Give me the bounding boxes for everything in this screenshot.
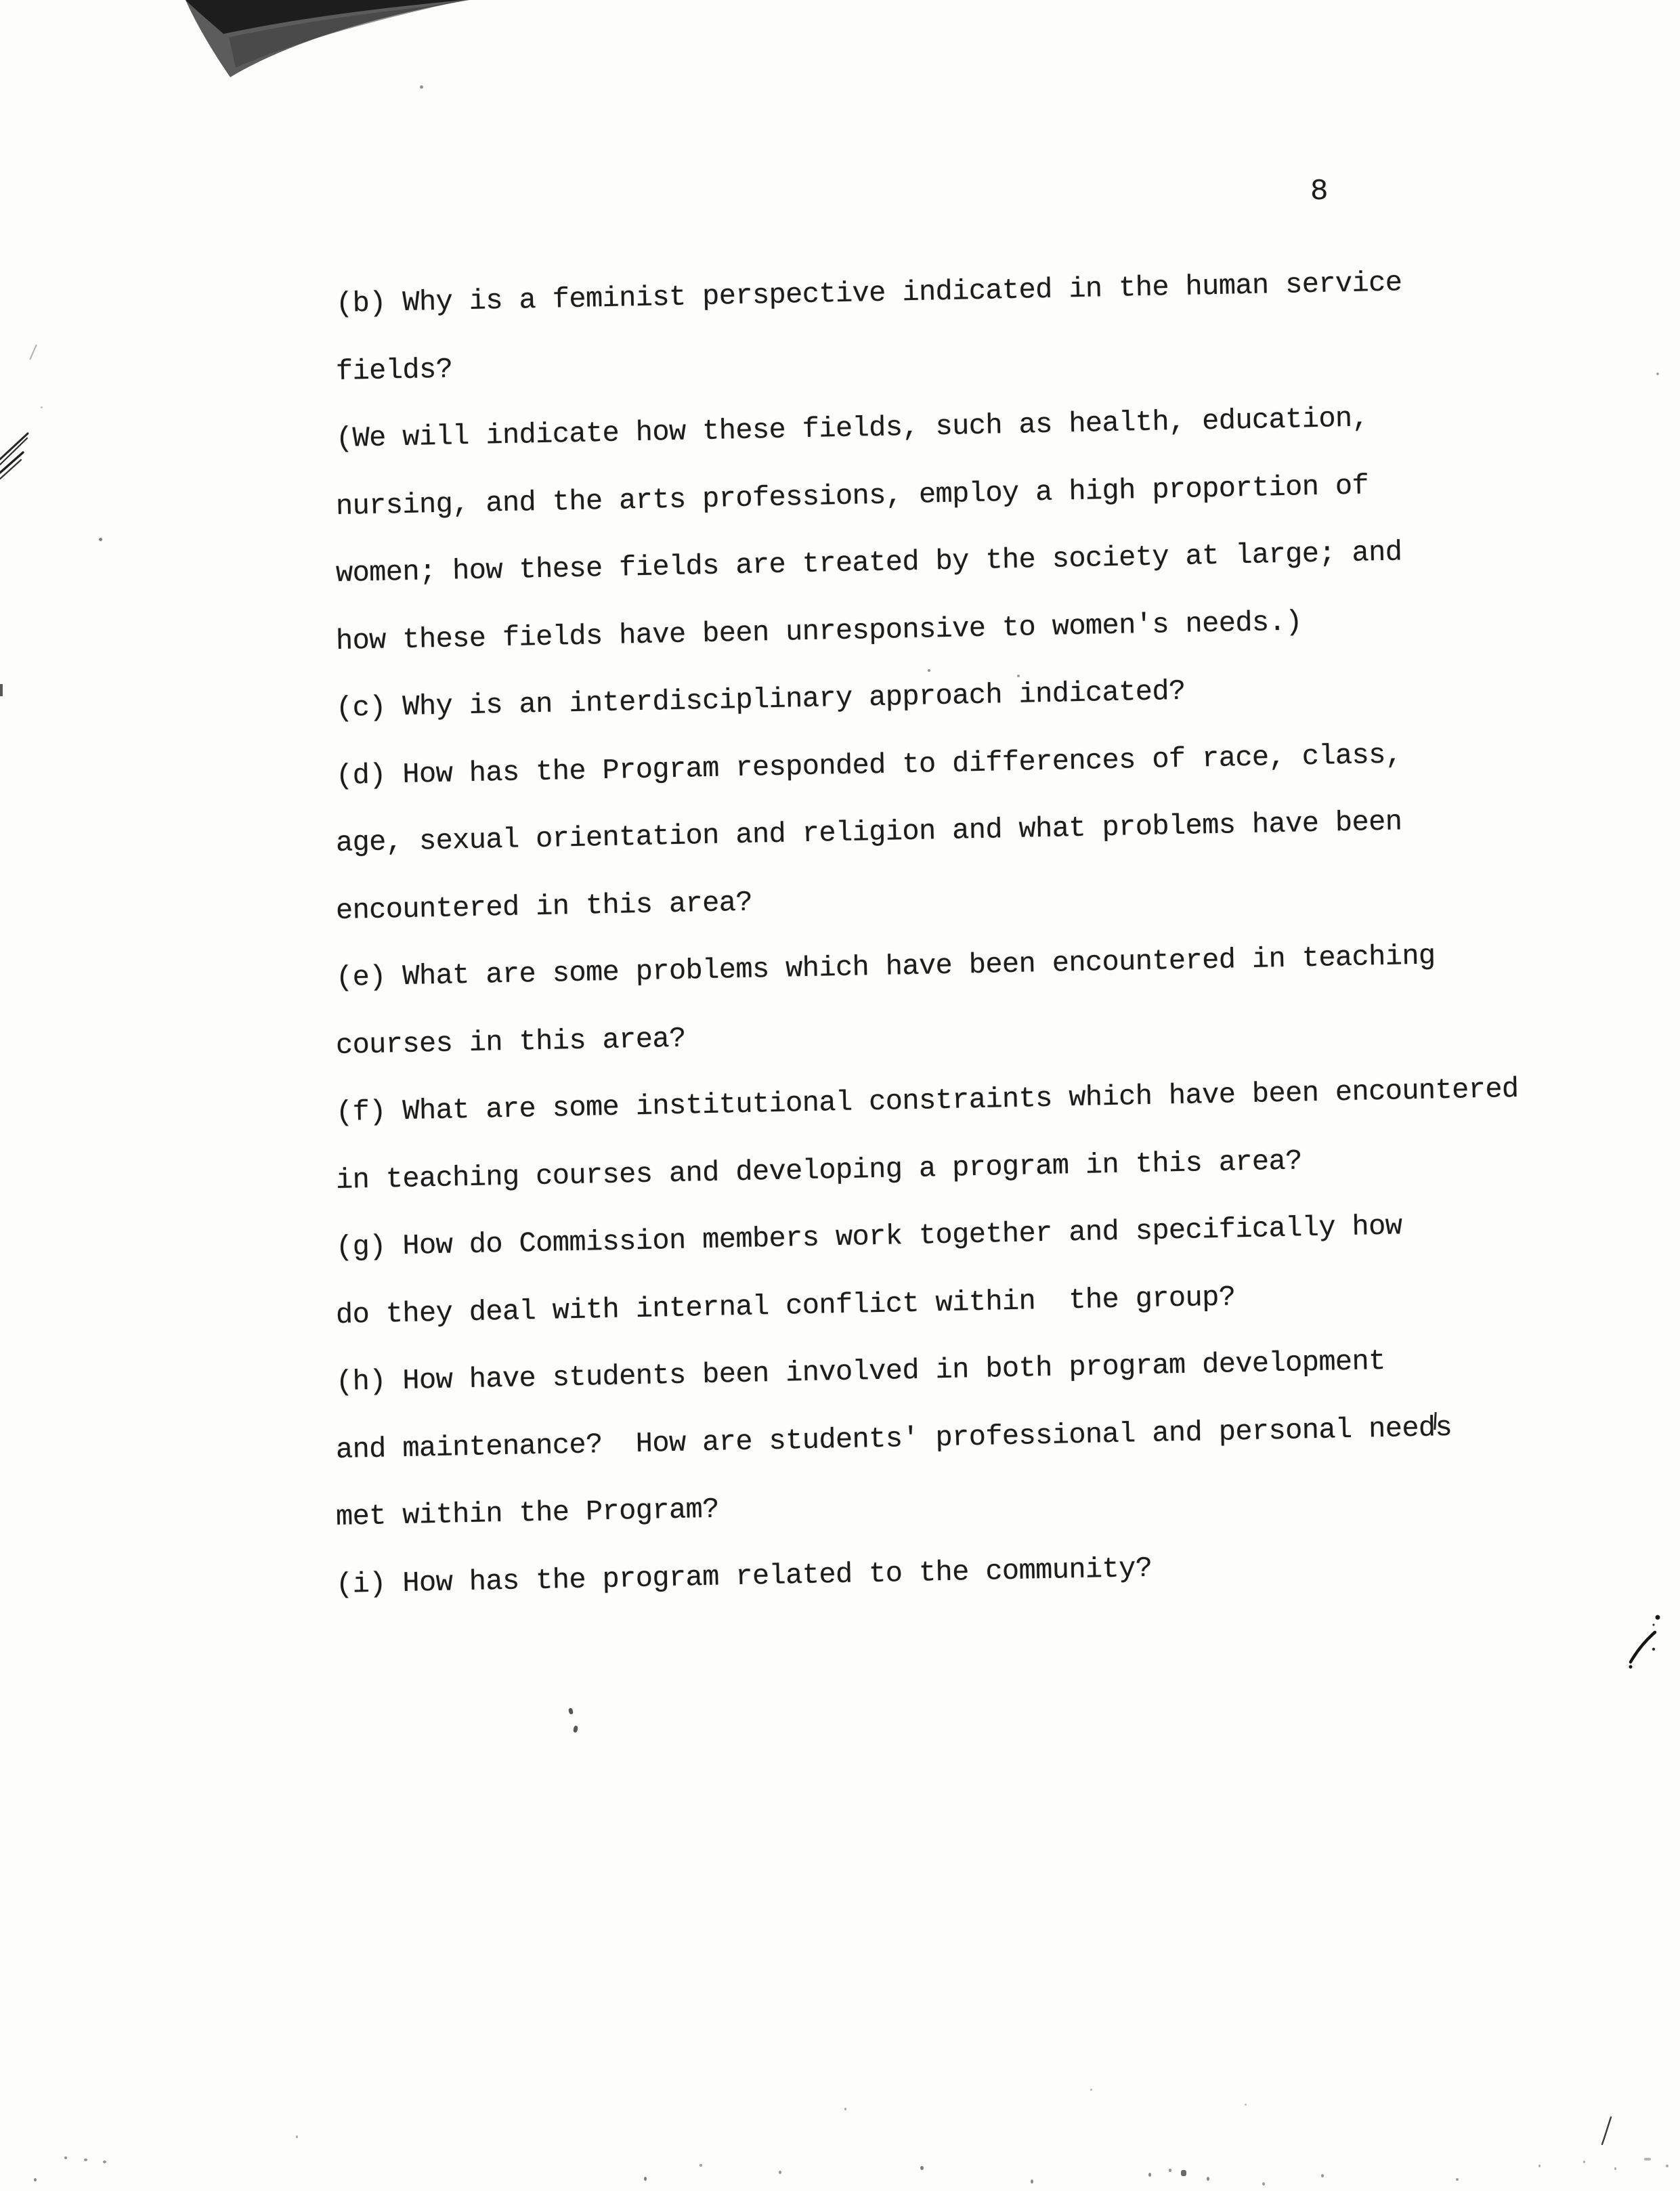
scan-speck bbox=[573, 1725, 578, 1732]
faint-slash bbox=[29, 345, 37, 360]
scan-speck bbox=[928, 669, 930, 672]
scan-speck bbox=[103, 2161, 106, 2163]
scan-speck bbox=[699, 2164, 702, 2167]
scan-speck bbox=[920, 2166, 924, 2170]
scan-speck bbox=[1181, 2170, 1186, 2176]
scan-speck bbox=[420, 85, 423, 89]
scan-speck bbox=[1614, 2167, 1616, 2170]
scan-speck bbox=[99, 538, 102, 541]
scan-speck bbox=[1169, 2169, 1171, 2172]
document-line: how these fields have been unresponsive … bbox=[335, 601, 1302, 662]
scan-speck bbox=[844, 2108, 846, 2110]
scan-speck bbox=[568, 1707, 574, 1714]
scan-speck bbox=[296, 2135, 298, 2138]
document-line: (h) How have students been involved in b… bbox=[335, 1341, 1385, 1403]
document-line: women; how these fields are treated by t… bbox=[335, 532, 1402, 594]
scan-speck bbox=[779, 2171, 781, 2174]
scan-speck bbox=[41, 406, 43, 408]
document-line: courses in this area? bbox=[335, 1018, 686, 1065]
document-line: (g) How do Commission members work toget… bbox=[335, 1206, 1402, 1268]
scan-speck bbox=[1090, 2089, 1092, 2091]
scan-speck bbox=[1666, 2165, 1668, 2167]
slash-mark bbox=[1624, 1611, 1664, 1673]
scan-speck bbox=[1321, 2174, 1324, 2177]
document-line: fields? bbox=[335, 349, 452, 391]
document-line: and maintenance? How are students' profe… bbox=[335, 1407, 1452, 1470]
document-line: (We will indicate how these fields, such… bbox=[335, 398, 1369, 459]
document-line: (i) How has the program related to the c… bbox=[335, 1548, 1153, 1604]
scan-speck bbox=[1245, 2104, 1247, 2106]
scan-speck bbox=[1207, 2177, 1209, 2181]
scan-speck bbox=[1262, 2182, 1265, 2186]
document-line: (d) How has the Program responded to dif… bbox=[335, 734, 1402, 796]
document-line: (e) What are some problems which have be… bbox=[335, 935, 1436, 998]
scan-speck bbox=[1031, 2179, 1033, 2184]
scanned-page: 8 (b) Why is a feminist perspective indi… bbox=[0, 0, 1680, 2191]
scan-speck bbox=[84, 2158, 87, 2161]
corner-smudge bbox=[181, 0, 476, 80]
edge-tick bbox=[0, 684, 3, 696]
document-line: encountered in this area? bbox=[335, 882, 752, 931]
scan-speck bbox=[1538, 2165, 1541, 2167]
scan-speck bbox=[1017, 675, 1020, 677]
document-line: nursing, and the arts professions, emplo… bbox=[335, 465, 1369, 527]
page-number: 8 bbox=[1310, 175, 1329, 209]
small-slash-mark bbox=[1599, 2114, 1614, 2147]
scan-speck bbox=[1644, 2158, 1651, 2161]
scan-speck bbox=[1656, 373, 1659, 375]
scan-speck bbox=[64, 2156, 67, 2159]
document-line: met within the Program? bbox=[335, 1489, 719, 1537]
document-line: (b) Why is a feminist perspective indica… bbox=[335, 262, 1402, 324]
scan-speck bbox=[1583, 2161, 1585, 2163]
document-line: (f) What are some institutional constrai… bbox=[335, 1069, 1519, 1133]
document-line: do they deal with internal conflict with… bbox=[335, 1277, 1236, 1336]
scan-speck bbox=[1456, 2178, 1459, 2181]
document-line: age, sexual orientation and religion and… bbox=[335, 801, 1402, 864]
pen-marks bbox=[0, 428, 31, 480]
document-line: (c) Why is an interdisciplinary approach… bbox=[335, 671, 1186, 729]
scan-speck bbox=[1148, 2173, 1151, 2177]
scan-speck bbox=[644, 2177, 647, 2181]
document-line: in teaching courses and developing a pro… bbox=[335, 1141, 1302, 1201]
scan-speck bbox=[34, 2178, 37, 2182]
